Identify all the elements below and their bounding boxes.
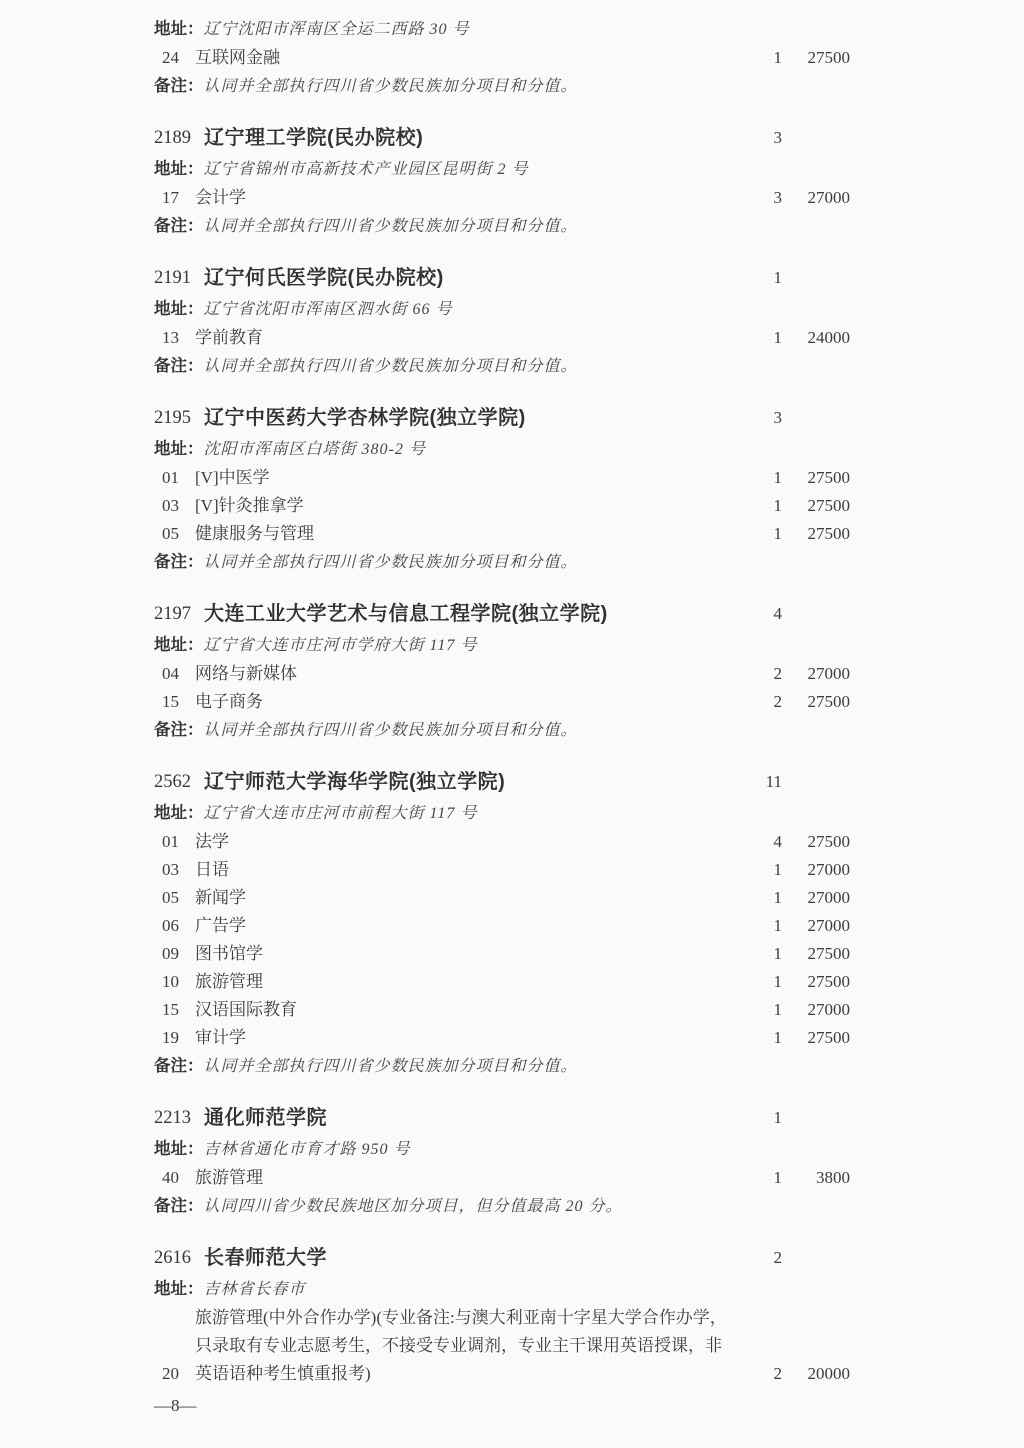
major-list: 01 法学 4 27500 03 日语 1 27000 05 新闻学 1 270… bbox=[154, 828, 854, 1052]
major-fee: 20000 bbox=[782, 1360, 854, 1388]
address-line: 地址：辽宁省锦州市高新技术产业园区昆明街 2 号 bbox=[154, 155, 854, 184]
major-name: 新闻学 bbox=[195, 884, 736, 912]
major-count: 1 bbox=[736, 884, 782, 912]
remark-line: 备注：认同并全部执行四川省少数民族加分项目和分值。 bbox=[154, 548, 854, 577]
major-row: 03 [V]针灸推拿学 1 27500 bbox=[154, 492, 854, 520]
institution-plan-count: 11 bbox=[736, 767, 782, 797]
major-row: 05 新闻学 1 27000 bbox=[154, 884, 854, 912]
major-name: 图书馆学 bbox=[195, 940, 736, 968]
major-fee: 27500 bbox=[782, 968, 854, 996]
major-name: 互联网金融 bbox=[195, 44, 736, 72]
major-row: 24 互联网金融 1 27500 bbox=[154, 44, 854, 72]
remark-label: 备注： bbox=[154, 216, 204, 235]
major-code: 01 bbox=[162, 464, 188, 492]
major-name: 汉语国际教育 bbox=[195, 996, 736, 1024]
major-code: 40 bbox=[162, 1164, 188, 1192]
address-value: 吉林省长春市 bbox=[204, 1281, 306, 1298]
address-value: 辽宁省锦州市高新技术产业园区昆明街 2 号 bbox=[204, 161, 529, 178]
institution-header: 2189 辽宁理工学院(民办院校) 3 bbox=[154, 123, 854, 153]
major-list: 40 旅游管理 1 3800 bbox=[154, 1164, 854, 1192]
major-row: 10 旅游管理 1 27500 bbox=[154, 968, 854, 996]
major-name: 日语 bbox=[195, 856, 736, 884]
major-count: 2 bbox=[736, 660, 782, 688]
remark-value: 认同并全部执行四川省少数民族加分项目和分值。 bbox=[204, 1058, 578, 1075]
major-row: 09 图书馆学 1 27500 bbox=[154, 940, 854, 968]
institution-header: 2616 长春师范大学 2 bbox=[154, 1243, 854, 1273]
major-fee: 27000 bbox=[782, 996, 854, 1024]
institution-header: 2213 通化师范学院 1 bbox=[154, 1103, 854, 1133]
major-count: 4 bbox=[736, 828, 782, 856]
address-line: 地址：沈阳市浑南区白塔街 380-2 号 bbox=[154, 435, 854, 464]
major-name: [V]针灸推拿学 bbox=[195, 492, 736, 520]
major-list: 04 网络与新媒体 2 27000 15 电子商务 2 27500 bbox=[154, 660, 854, 716]
section-list: 地址：辽宁沈阳市浑南区全运二西路 30 号 24 互联网金融 1 27500 备… bbox=[154, 15, 854, 1388]
remark-value: 认同并全部执行四川省少数民族加分项目和分值。 bbox=[204, 554, 578, 571]
address-line: 地址：辽宁沈阳市浑南区全运二西路 30 号 bbox=[154, 15, 854, 44]
major-name: 电子商务 bbox=[195, 688, 736, 716]
major-fee: 27000 bbox=[782, 912, 854, 940]
major-count: 1 bbox=[736, 492, 782, 520]
address-label: 地址： bbox=[154, 299, 204, 318]
major-list: 13 学前教育 1 24000 bbox=[154, 324, 854, 352]
address-value: 辽宁省沈阳市浑南区泗水街 66 号 bbox=[204, 301, 453, 318]
address-label: 地址： bbox=[154, 1279, 204, 1298]
major-code: 03 bbox=[162, 492, 188, 520]
major-row: 04 网络与新媒体 2 27000 bbox=[154, 660, 854, 688]
address-line: 地址：吉林省长春市 bbox=[154, 1275, 854, 1304]
institution-name: 大连工业大学艺术与信息工程学院(独立学院) bbox=[204, 599, 608, 629]
address-label: 地址： bbox=[154, 803, 204, 822]
major-list: 20 旅游管理(中外合作办学)(专业备注:与澳大利亚南十字星大学合作办学，只录取… bbox=[154, 1304, 854, 1388]
major-count: 1 bbox=[736, 856, 782, 884]
institution-code: 2191 bbox=[154, 263, 191, 293]
address-label: 地址： bbox=[154, 159, 204, 178]
major-count: 1 bbox=[736, 1164, 782, 1192]
institution-name: 辽宁中医药大学杏林学院(独立学院) bbox=[204, 403, 526, 433]
major-name: 审计学 bbox=[195, 1024, 736, 1052]
institution-code: 2616 bbox=[154, 1243, 191, 1273]
remark-value: 认同并全部执行四川省少数民族加分项目和分值。 bbox=[204, 722, 578, 739]
institution-plan-count: 3 bbox=[736, 123, 782, 153]
major-count: 2 bbox=[736, 1360, 782, 1388]
remark-line: 备注：认同并全部执行四川省少数民族加分项目和分值。 bbox=[154, 352, 854, 381]
major-row: 40 旅游管理 1 3800 bbox=[154, 1164, 854, 1192]
institution-code: 2213 bbox=[154, 1103, 191, 1133]
major-fee: 3800 bbox=[782, 1164, 854, 1192]
major-code: 13 bbox=[162, 324, 188, 352]
address-line: 地址：辽宁省大连市庄河市前程大街 117 号 bbox=[154, 799, 854, 828]
major-count: 1 bbox=[736, 912, 782, 940]
major-name: 旅游管理 bbox=[195, 1164, 736, 1192]
major-fee: 27500 bbox=[782, 520, 854, 548]
major-code: 20 bbox=[162, 1360, 188, 1388]
major-fee: 27500 bbox=[782, 1024, 854, 1052]
remark-value: 认同四川省少数民族地区加分项目，但分值最高 20 分。 bbox=[204, 1198, 623, 1215]
page-number: —8— bbox=[154, 1392, 854, 1420]
major-list: 17 会计学 3 27000 bbox=[154, 184, 854, 212]
major-fee: 27500 bbox=[782, 464, 854, 492]
major-row: 13 学前教育 1 24000 bbox=[154, 324, 854, 352]
major-code: 04 bbox=[162, 660, 188, 688]
major-count: 1 bbox=[736, 464, 782, 492]
remark-label: 备注： bbox=[154, 720, 204, 739]
major-fee: 27000 bbox=[782, 856, 854, 884]
institution-header: 2191 辽宁何氏医学院(民办院校) 1 bbox=[154, 263, 854, 293]
remark-line: 备注：认同并全部执行四川省少数民族加分项目和分值。 bbox=[154, 212, 854, 241]
institution-section: 2616 长春师范大学 2 地址：吉林省长春市 20 旅游管理(中外合作办学)(… bbox=[154, 1243, 854, 1388]
major-code: 05 bbox=[162, 884, 188, 912]
major-row: 06 广告学 1 27000 bbox=[154, 912, 854, 940]
institution-section: 地址：辽宁沈阳市浑南区全运二西路 30 号 24 互联网金融 1 27500 备… bbox=[154, 15, 854, 101]
address-label: 地址： bbox=[154, 439, 204, 458]
institution-plan-count: 3 bbox=[736, 403, 782, 433]
remark-label: 备注： bbox=[154, 1196, 204, 1215]
major-name: 广告学 bbox=[195, 912, 736, 940]
institution-code: 2195 bbox=[154, 403, 191, 433]
remark-value: 认同并全部执行四川省少数民族加分项目和分值。 bbox=[204, 358, 578, 375]
address-value: 辽宁沈阳市浑南区全运二西路 30 号 bbox=[204, 21, 470, 38]
remark-label: 备注： bbox=[154, 1056, 204, 1075]
institution-section: 2195 辽宁中医药大学杏林学院(独立学院) 3 地址：沈阳市浑南区白塔街 38… bbox=[154, 403, 854, 577]
major-code: 05 bbox=[162, 520, 188, 548]
remark-label: 备注： bbox=[154, 552, 204, 571]
major-name: 法学 bbox=[195, 828, 736, 856]
major-count: 1 bbox=[736, 520, 782, 548]
major-row: 15 电子商务 2 27500 bbox=[154, 688, 854, 716]
address-value: 辽宁省大连市庄河市前程大街 117 号 bbox=[204, 805, 478, 822]
major-code: 15 bbox=[162, 688, 188, 716]
institution-plan-count: 4 bbox=[736, 599, 782, 629]
major-fee: 27000 bbox=[782, 184, 854, 212]
institution-section: 2189 辽宁理工学院(民办院校) 3 地址：辽宁省锦州市高新技术产业园区昆明街… bbox=[154, 123, 854, 241]
major-count: 1 bbox=[736, 968, 782, 996]
major-code: 01 bbox=[162, 828, 188, 856]
remark-line: 备注：认同并全部执行四川省少数民族加分项目和分值。 bbox=[154, 716, 854, 745]
major-list: 01 [V]中医学 1 27500 03 [V]针灸推拿学 1 27500 05… bbox=[154, 464, 854, 548]
institution-plan-count: 1 bbox=[736, 263, 782, 293]
address-value: 吉林省通化市育才路 950 号 bbox=[204, 1141, 411, 1158]
major-fee: 27500 bbox=[782, 828, 854, 856]
institution-name: 通化师范学院 bbox=[204, 1103, 327, 1133]
major-code: 24 bbox=[162, 44, 188, 72]
major-row: 19 审计学 1 27500 bbox=[154, 1024, 854, 1052]
major-code: 03 bbox=[162, 856, 188, 884]
major-count: 1 bbox=[736, 940, 782, 968]
major-name: 学前教育 bbox=[195, 324, 736, 352]
address-line: 地址：辽宁省大连市庄河市学府大街 117 号 bbox=[154, 631, 854, 660]
institution-code: 2197 bbox=[154, 599, 191, 629]
institution-section: 2562 辽宁师范大学海华学院(独立学院) 11 地址：辽宁省大连市庄河市前程大… bbox=[154, 767, 854, 1081]
address-label: 地址： bbox=[154, 1139, 204, 1158]
remark-label: 备注： bbox=[154, 356, 204, 375]
address-line: 地址：吉林省通化市育才路 950 号 bbox=[154, 1135, 854, 1164]
institution-plan-count: 1 bbox=[736, 1103, 782, 1133]
major-row: 01 [V]中医学 1 27500 bbox=[154, 464, 854, 492]
major-count: 2 bbox=[736, 688, 782, 716]
remark-value: 认同并全部执行四川省少数民族加分项目和分值。 bbox=[204, 78, 578, 95]
major-fee: 27500 bbox=[782, 688, 854, 716]
major-name: 健康服务与管理 bbox=[195, 520, 736, 548]
institution-name: 长春师范大学 bbox=[204, 1243, 327, 1273]
major-code: 10 bbox=[162, 968, 188, 996]
address-value: 沈阳市浑南区白塔街 380-2 号 bbox=[204, 441, 426, 458]
major-code: 06 bbox=[162, 912, 188, 940]
admission-list-page: 地址：辽宁沈阳市浑南区全运二西路 30 号 24 互联网金融 1 27500 备… bbox=[154, 15, 854, 1420]
institution-header: 2197 大连工业大学艺术与信息工程学院(独立学院) 4 bbox=[154, 599, 854, 629]
major-count: 3 bbox=[736, 184, 782, 212]
major-name: 旅游管理(中外合作办学)(专业备注:与澳大利亚南十字星大学合作办学，只录取有专业… bbox=[195, 1304, 736, 1388]
institution-header: 2195 辽宁中医药大学杏林学院(独立学院) 3 bbox=[154, 403, 854, 433]
address-label: 地址： bbox=[154, 635, 204, 654]
institution-section: 2191 辽宁何氏医学院(民办院校) 1 地址：辽宁省沈阳市浑南区泗水街 66 … bbox=[154, 263, 854, 381]
major-code: 09 bbox=[162, 940, 188, 968]
major-count: 1 bbox=[736, 996, 782, 1024]
institution-name: 辽宁理工学院(民办院校) bbox=[204, 123, 423, 153]
remark-label: 备注： bbox=[154, 76, 204, 95]
major-row: 01 法学 4 27500 bbox=[154, 828, 854, 856]
major-name: [V]中医学 bbox=[195, 464, 736, 492]
major-count: 1 bbox=[736, 1024, 782, 1052]
remark-value: 认同并全部执行四川省少数民族加分项目和分值。 bbox=[204, 218, 578, 235]
major-fee: 27500 bbox=[782, 492, 854, 520]
major-fee: 27000 bbox=[782, 660, 854, 688]
institution-name: 辽宁何氏医学院(民办院校) bbox=[204, 263, 444, 293]
major-list: 24 互联网金融 1 27500 bbox=[154, 44, 854, 72]
remark-line: 备注：认同四川省少数民族地区加分项目，但分值最高 20 分。 bbox=[154, 1192, 854, 1221]
address-label: 地址： bbox=[154, 19, 204, 38]
institution-name: 辽宁师范大学海华学院(独立学院) bbox=[204, 767, 505, 797]
institution-section: 2197 大连工业大学艺术与信息工程学院(独立学院) 4 地址：辽宁省大连市庄河… bbox=[154, 599, 854, 745]
major-fee: 27500 bbox=[782, 44, 854, 72]
institution-section: 2213 通化师范学院 1 地址：吉林省通化市育才路 950 号 40 旅游管理… bbox=[154, 1103, 854, 1221]
remark-line: 备注：认同并全部执行四川省少数民族加分项目和分值。 bbox=[154, 72, 854, 101]
institution-code: 2562 bbox=[154, 767, 191, 797]
major-row: 20 旅游管理(中外合作办学)(专业备注:与澳大利亚南十字星大学合作办学，只录取… bbox=[154, 1304, 854, 1388]
major-fee: 24000 bbox=[782, 324, 854, 352]
major-row: 03 日语 1 27000 bbox=[154, 856, 854, 884]
institution-header: 2562 辽宁师范大学海华学院(独立学院) 11 bbox=[154, 767, 854, 797]
major-name: 旅游管理 bbox=[195, 968, 736, 996]
institution-code: 2189 bbox=[154, 123, 191, 153]
major-code: 17 bbox=[162, 184, 188, 212]
major-row: 05 健康服务与管理 1 27500 bbox=[154, 520, 854, 548]
institution-plan-count: 2 bbox=[736, 1243, 782, 1273]
major-fee: 27000 bbox=[782, 884, 854, 912]
major-name: 网络与新媒体 bbox=[195, 660, 736, 688]
major-count: 1 bbox=[736, 324, 782, 352]
address-value: 辽宁省大连市庄河市学府大街 117 号 bbox=[204, 637, 478, 654]
remark-line: 备注：认同并全部执行四川省少数民族加分项目和分值。 bbox=[154, 1052, 854, 1081]
address-line: 地址：辽宁省沈阳市浑南区泗水街 66 号 bbox=[154, 295, 854, 324]
major-fee: 27500 bbox=[782, 940, 854, 968]
major-count: 1 bbox=[736, 44, 782, 72]
major-code: 15 bbox=[162, 996, 188, 1024]
major-name: 会计学 bbox=[195, 184, 736, 212]
major-row: 15 汉语国际教育 1 27000 bbox=[154, 996, 854, 1024]
major-code: 19 bbox=[162, 1024, 188, 1052]
major-row: 17 会计学 3 27000 bbox=[154, 184, 854, 212]
